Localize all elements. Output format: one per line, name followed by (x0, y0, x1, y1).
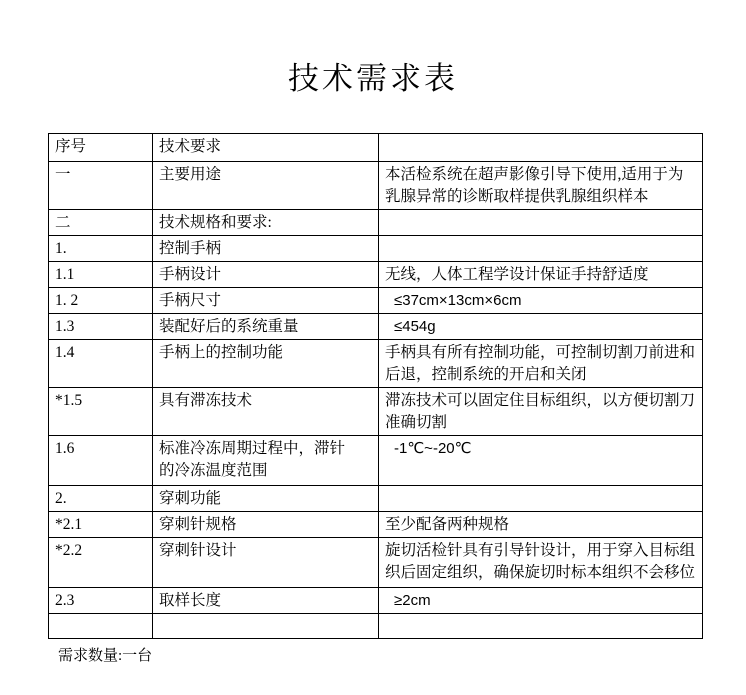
cell-requirement (153, 614, 379, 639)
table-row: 1. 2 手柄尺寸 ≤37cm×13cm×6cm (49, 288, 703, 314)
table-row: *1.5 具有滞冻技术 滞冻技术可以固定住目标组织，以方便切割刀准确切割 (49, 388, 703, 436)
cell-specification: ≥2cm (379, 588, 703, 614)
cell-serial: *2.2 (49, 538, 153, 588)
cell-serial: 二 (49, 210, 153, 236)
cell-requirement: 穿刺针设计 (153, 538, 379, 588)
cell-specification: -1℃~-20℃ (379, 436, 703, 486)
table-header: 序号 技术要求 (49, 134, 703, 162)
cell-requirement: 穿刺针规格 (153, 512, 379, 538)
cell-requirement: 手柄尺寸 (153, 288, 379, 314)
table-body: 一 主要用途 本活检系统在超声影像引导下使用,适用于为乳腺异常的诊断取样提供乳腺… (49, 162, 703, 639)
cell-specification: 本活检系统在超声影像引导下使用,适用于为乳腺异常的诊断取样提供乳腺组织样本 (379, 162, 703, 210)
cell-specification: 无线，人体工程学设计保证手持舒适度 (379, 262, 703, 288)
table-row: 1. 控制手柄 (49, 236, 703, 262)
table-row: *2.2 穿刺针设计 旋切活检针具有引导针设计，用于穿入目标组织后固定组织，确保… (49, 538, 703, 588)
cell-serial: 1. 2 (49, 288, 153, 314)
cell-serial: 2.3 (49, 588, 153, 614)
cell-specification (379, 210, 703, 236)
cell-requirement: 穿刺功能 (153, 486, 379, 512)
cell-serial: 1.1 (49, 262, 153, 288)
cell-serial: 1.6 (49, 436, 153, 486)
table-row: 2.3 取样长度 ≥2cm (49, 588, 703, 614)
table-row (49, 614, 703, 639)
cell-requirement: 手柄上的控制功能 (153, 340, 379, 388)
cell-requirement: 控制手柄 (153, 236, 379, 262)
cell-serial: 1. (49, 236, 153, 262)
table-row: 一 主要用途 本活检系统在超声影像引导下使用,适用于为乳腺异常的诊断取样提供乳腺… (49, 162, 703, 210)
table-row: *2.1 穿刺针规格 至少配备两种规格 (49, 512, 703, 538)
cell-specification: 旋切活检针具有引导针设计，用于穿入目标组织后固定组织，确保旋切时标本组织不会移位 (379, 538, 703, 588)
cell-specification (379, 614, 703, 639)
document-page: 技术需求表 序号 技术要求 一 主要用途 本活检系统在超声影像引导下使用,适用于… (0, 0, 746, 695)
cell-serial: 2. (49, 486, 153, 512)
col-header-requirement: 技术要求 (153, 134, 379, 162)
table-row: 1.1 手柄设计 无线，人体工程学设计保证手持舒适度 (49, 262, 703, 288)
table-row: 1.6 标准冷冻周期过程中，滞针的冷冻温度范围 -1℃~-20℃ (49, 436, 703, 486)
quantity-note: 需求数量:一台 (58, 646, 152, 666)
col-header-specification (379, 134, 703, 162)
cell-requirement: 标准冷冻周期过程中，滞针的冷冻温度范围 (153, 436, 379, 486)
cell-requirement: 装配好后的系统重量 (153, 314, 379, 340)
requirements-table: 序号 技术要求 一 主要用途 本活检系统在超声影像引导下使用,适用于为乳腺异常的… (48, 133, 703, 639)
cell-serial: 1.3 (49, 314, 153, 340)
table-row: 1.4 手柄上的控制功能 手柄具有所有控制功能，可控制切割刀前进和后退，控制系统… (49, 340, 703, 388)
cell-requirement: 主要用途 (153, 162, 379, 210)
cell-specification (379, 486, 703, 512)
table-row: 2. 穿刺功能 (49, 486, 703, 512)
cell-requirement: 技术规格和要求: (153, 210, 379, 236)
cell-requirement: 具有滞冻技术 (153, 388, 379, 436)
cell-serial: *1.5 (49, 388, 153, 436)
cell-requirement: 取样长度 (153, 588, 379, 614)
table-row: 1.3 装配好后的系统重量 ≤454g (49, 314, 703, 340)
cell-serial: 1.4 (49, 340, 153, 388)
cell-specification: ≤454g (379, 314, 703, 340)
col-header-serial: 序号 (49, 134, 153, 162)
cell-specification: ≤37cm×13cm×6cm (379, 288, 703, 314)
cell-specification: 滞冻技术可以固定住目标组织，以方便切割刀准确切割 (379, 388, 703, 436)
table-header-row: 序号 技术要求 (49, 134, 703, 162)
cell-requirement: 手柄设计 (153, 262, 379, 288)
cell-specification: 至少配备两种规格 (379, 512, 703, 538)
page-title: 技术需求表 (0, 58, 746, 100)
table-row: 二 技术规格和要求: (49, 210, 703, 236)
cell-specification (379, 236, 703, 262)
cell-serial: *2.1 (49, 512, 153, 538)
cell-serial: 一 (49, 162, 153, 210)
cell-specification: 手柄具有所有控制功能，可控制切割刀前进和后退，控制系统的开启和关闭 (379, 340, 703, 388)
cell-serial (49, 614, 153, 639)
